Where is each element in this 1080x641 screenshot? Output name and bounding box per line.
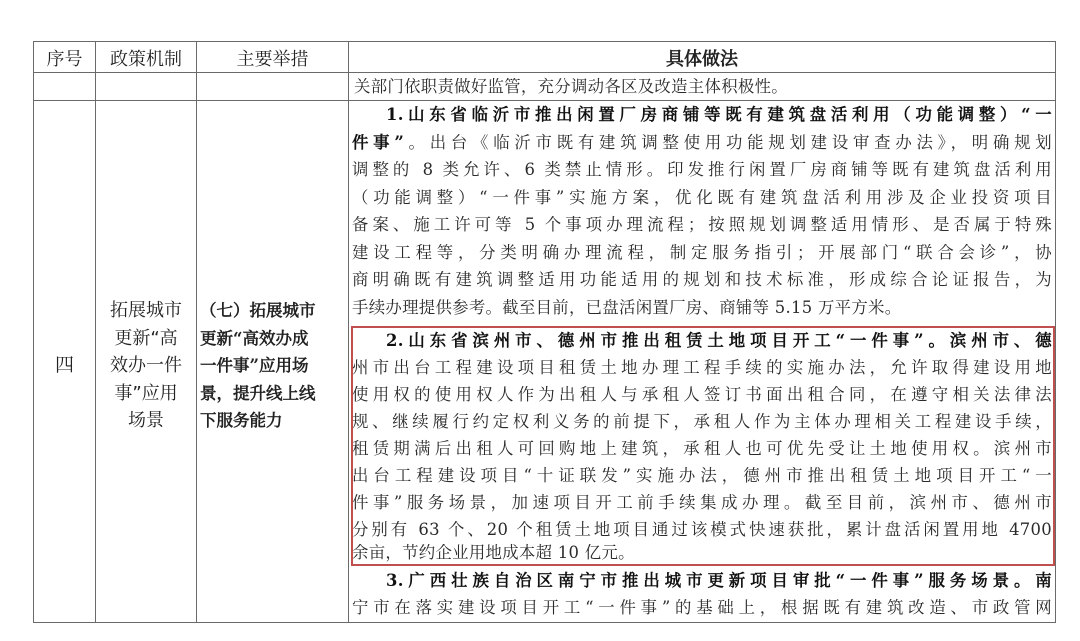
mechanism-line: 效办一件 (96, 352, 196, 380)
item-line: 1.山东省临沂市推出闲置厂房商铺等既有建筑盘活利用（功能调整）“一 (352, 101, 1052, 128)
mechanism-line: 更新“高 (96, 325, 196, 353)
main-measure: （七）拓展城市 更新“高效办成 一件事”应用场 景，提升线上线 下服务能力 (200, 297, 346, 435)
policy-mechanism: 拓展城市 更新“高 效办一件 事”应用 场景 (96, 297, 196, 435)
header-index: 序号 (34, 42, 95, 73)
item-line: 使用权的使用权人作为出租人与承租人签订书面出租合同，在遵守相关法律法 (352, 381, 1052, 408)
item-line: 调整的 8 类允许、6 类禁止情形。印发推行闲置厂房商铺等既有建筑盘活利用 (352, 156, 1052, 183)
item-line: 建设工程等，分类明确办理流程，制定服务指引；开展部门“联合会诊”，协 (352, 239, 1052, 266)
item-line: 宁市在落实建设项目开工“一件事”的基础上，根据既有建筑改造、市政管网 (352, 594, 1052, 621)
item-line: 规、继续履行约定权利义务的前提下，承租人作为主体办理相关工程建设手续， (352, 408, 1052, 435)
header-practice: 具体做法 (349, 42, 1055, 73)
item-line: 商明确既有建筑调整适用功能适用的规划和技术标准，形成综合论证报告，为 (352, 266, 1052, 293)
item-line: 出台工程建设项目“十证联发”实施办法，德州市推出租赁土地项目开工“一 (352, 462, 1052, 489)
item-line: 余亩，节约企业用地成本超 10 亿元。 (352, 539, 1052, 566)
mechanism-line: 场景 (96, 407, 196, 435)
item-line: 3.广西壮族自治区南宁市推出城市更新项目审批“一件事”服务场景。南 (352, 567, 1052, 594)
mechanism-line: 拓展城市 (96, 297, 196, 325)
continuation-text: 关部门依职责做好监管，充分调动各区及改造主体积极性。 (354, 73, 1054, 100)
measure-line: 更新“高效办成 (200, 325, 346, 353)
item-line: 件事”服务场景，加速项目开工前手续集成办理。截至目前，滨州市、德州市 (352, 489, 1052, 516)
item-line: 手续办理提供参考。截至目前，已盘活闲置厂房、商铺等 5.15 万平方米。 (352, 294, 1052, 321)
item-line: （功能调整）“一件事”实施方案，优化既有建筑盘活利用涉及企业投资项目 (352, 184, 1052, 211)
measure-line: 景，提升线上线 (200, 380, 346, 408)
item-line: 2.山东省滨州市、德州市推出租赁土地项目开工“一件事”。滨州市、德 (352, 327, 1052, 354)
measure-line: （七）拓展城市 (200, 297, 346, 325)
item-line: 州市出台工程建设项目租赁土地办理工程手续的实施办法，允许取得建设用地 (352, 354, 1052, 381)
column-divider (348, 42, 349, 622)
item-line: 备案、施工许可等 5 个事项办理流程；按照规划调整适用情形、是否属于特殊 (352, 211, 1052, 238)
item-line: 租赁期满后出租人可回购地上建筑，承租人也可优先受让土地使用权。滨州市 (352, 435, 1052, 462)
measure-line: 下服务能力 (200, 407, 346, 435)
row-index: 四 (34, 352, 95, 380)
column-divider (196, 42, 197, 622)
mechanism-line: 事”应用 (96, 380, 196, 408)
measure-line: 一件事”应用场 (200, 352, 346, 380)
item-line: 件事”。出台《临沂市既有建筑调整使用功能规划建设审查办法》，明确规划 (352, 129, 1052, 156)
header-measures: 主要举措 (197, 42, 348, 73)
header-mechanism: 政策机制 (96, 42, 196, 73)
policy-table: 序号 政策机制 主要举措 具体做法 关部门依职责做好监管，充分调动各区及改造主体… (33, 41, 1056, 623)
